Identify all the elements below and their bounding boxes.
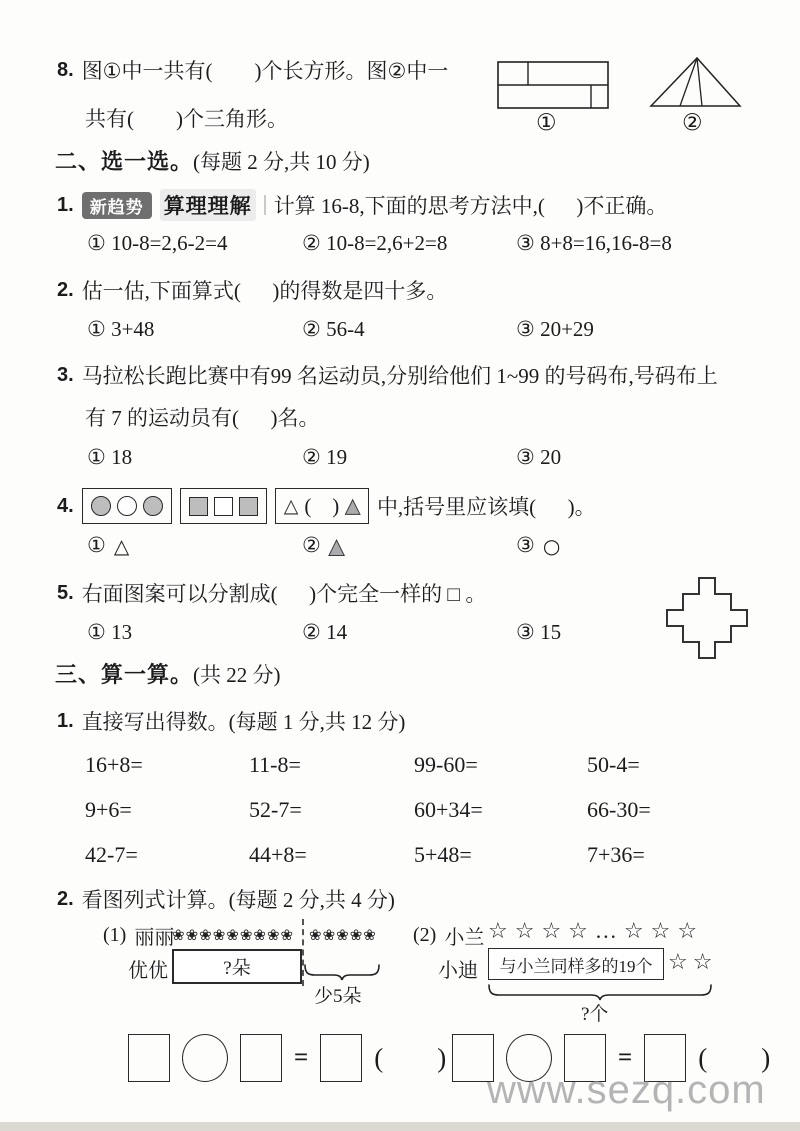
calc-expression: 11-8= bbox=[249, 752, 414, 797]
choose-q2-number: 2. bbox=[57, 279, 74, 302]
choose-q5-text: 右面图案可以分割成( )个完全一样的 □ 。 bbox=[82, 578, 487, 608]
choose-q4-option-1: ① △ bbox=[87, 533, 129, 558]
equation-template-left: = ( ) bbox=[128, 1034, 446, 1082]
unit-bracket: ( ) bbox=[374, 1043, 446, 1074]
white-square-shape bbox=[214, 497, 233, 516]
choose-q3-option-1: ① 18 bbox=[87, 445, 132, 470]
same-as-xiaolan-box: 与小兰同样多的19个 bbox=[488, 948, 664, 980]
section-choose-title: 二、选一选。 bbox=[55, 149, 193, 174]
option-prefix: ① bbox=[87, 533, 106, 558]
sub1-top-row: (1) 丽丽 bbox=[103, 921, 174, 950]
white-circle-shape bbox=[117, 496, 137, 516]
calc-expression: 7+36= bbox=[587, 842, 745, 887]
choose-q1-option-3: ③ 8+8=16,16-8=8 bbox=[516, 231, 672, 256]
option-prefix: ③ bbox=[516, 533, 535, 558]
choose-q1-option-1: ① 10-8=2,6-2=4 bbox=[87, 231, 228, 256]
figure1-rectangle-diagram bbox=[497, 61, 609, 109]
calc-q2-line: 2. 看图列式计算。(每题 2 分,共 4 分) bbox=[57, 884, 395, 914]
calc-expression: 99-60= bbox=[414, 752, 587, 797]
calc-q1-line: 1. 直接写出得数。(每题 1 分,共 12 分) bbox=[57, 706, 405, 736]
choose-q1-line: 1. 新趋势 算理理解 计算 16-8,下面的思考方法中,( )不正确。 bbox=[57, 189, 667, 221]
choose-q1-number: 1. bbox=[57, 194, 74, 217]
white-triangle-shape: △ bbox=[284, 495, 299, 517]
choose-q2-text: 估一估,下面算式( )的得数是四十多。 bbox=[82, 275, 448, 305]
topic-tag: 算理理解 bbox=[160, 189, 256, 221]
calc-expression: 66-30= bbox=[587, 797, 745, 842]
choose-q3-line1: 3. 马拉松长跑比赛中有99 名运动员,分别给他们 1~99 的号码布,号码布上 bbox=[57, 360, 718, 390]
choose-q1-text: 计算 16-8,下面的思考方法中,( )不正确。 bbox=[274, 190, 668, 220]
white-circle-option: ○ bbox=[543, 534, 560, 558]
tag-divider bbox=[264, 195, 266, 215]
operator-circle-box bbox=[182, 1034, 228, 1082]
choose-q4-option-2: ② ▲ bbox=[302, 533, 344, 558]
gray-circle-shape bbox=[91, 496, 111, 516]
pattern-box-circles bbox=[82, 488, 172, 524]
choose-q5-number: 5. bbox=[57, 582, 74, 605]
gray-circle-shape bbox=[143, 496, 163, 516]
choose-q5-option-3: ③ 15 bbox=[516, 620, 561, 645]
choose-q5-option-1: ① 13 bbox=[87, 620, 132, 645]
stars-extra: ☆☆ bbox=[668, 949, 717, 975]
flowers-left-group: ❀❀❀❀❀❀❀❀❀ bbox=[172, 926, 294, 945]
choose-q2-option-1: ① 3+48 bbox=[87, 317, 154, 342]
calc-expression: 42-7= bbox=[85, 842, 249, 887]
underbrace-small-icon bbox=[304, 963, 380, 982]
sub2-top-row: (2) 小兰 bbox=[413, 921, 484, 950]
question-8-number: 8. bbox=[57, 59, 74, 82]
figure2-triangle-diagram bbox=[648, 55, 743, 109]
calc-expression: 52-7= bbox=[249, 797, 414, 842]
sub2-label: (2) bbox=[413, 924, 436, 947]
choose-q2-option-2: ② 56-4 bbox=[302, 317, 365, 342]
calc-q2-number: 2. bbox=[57, 888, 74, 911]
site-watermark: www.sezq.com bbox=[487, 1068, 766, 1113]
gray-square-shape bbox=[189, 497, 208, 516]
figure2-label: ② bbox=[682, 110, 703, 136]
option-prefix: ② bbox=[302, 533, 321, 558]
page-bottom-strip bbox=[0, 1122, 800, 1131]
brace1-label: 少5朵 bbox=[314, 981, 362, 1008]
pattern-box-triangles: △ ( ) ▲ bbox=[275, 488, 369, 524]
calc-expression: 5+48= bbox=[414, 842, 587, 887]
flowers-right-group: ❀❀❀❀❀ bbox=[309, 926, 377, 945]
choose-q5-option-2: ② 14 bbox=[302, 620, 347, 645]
stars-top-row: ☆☆☆☆…☆☆☆ bbox=[488, 918, 704, 944]
sub1-label: (1) bbox=[103, 924, 126, 947]
gray-square-shape bbox=[239, 497, 258, 516]
worksheet-page: 8. 图①中一共有( )个长方形。图②中一 共有( )个三角形。 ① ② 二、选… bbox=[0, 0, 800, 1131]
choose-q4-option-3: ③ ○ bbox=[516, 533, 560, 558]
section-choose-score: (每题 2 分,共 10 分) bbox=[193, 150, 370, 174]
choose-q3-text1: 马拉松长跑比赛中有99 名运动员,分别给他们 1~99 的号码布,号码布上 bbox=[82, 360, 718, 390]
choose-q3-number: 3. bbox=[57, 364, 74, 387]
calc-expression: 16+8= bbox=[85, 752, 249, 797]
gray-triangle-option: ▲ bbox=[329, 534, 344, 558]
sub1-name-bottom: 优优 bbox=[128, 954, 168, 983]
sub2-name-bottom: 小迪 bbox=[438, 954, 478, 983]
choose-q5-line: 5. 右面图案可以分割成( )个完全一样的 □ 。 bbox=[57, 578, 486, 608]
choose-q4-line: 4. △ ( ) ▲ 中,括号里应该填( )。 bbox=[57, 488, 596, 524]
section-choose-header: 二、选一选。(每题 2 分,共 10 分) bbox=[55, 145, 370, 176]
choose-q3-option-2: ② 19 bbox=[302, 445, 347, 470]
white-triangle-option: △ bbox=[114, 534, 129, 558]
stepped-cross-figure bbox=[666, 577, 748, 663]
calc-q1-number: 1. bbox=[57, 710, 74, 733]
pattern-box-squares bbox=[180, 488, 267, 524]
choose-q4-number: 4. bbox=[57, 495, 74, 518]
section-calc-header: 三、算一算。(共 22 分) bbox=[55, 658, 281, 689]
unknown-flowers-box: ?朵 bbox=[172, 949, 302, 984]
choose-q1-option-2: ② 10-8=2,6+2=8 bbox=[302, 231, 447, 256]
choose-q2-option-3: ③ 20+29 bbox=[516, 317, 594, 342]
calc-expression: 9+6= bbox=[85, 797, 249, 842]
calc-expression: 44+8= bbox=[249, 842, 414, 887]
answer-square-box bbox=[240, 1034, 282, 1082]
calc-expressions-grid: 16+8= 11-8= 99-60= 50-4= 9+6= 52-7= 60+3… bbox=[85, 752, 745, 887]
answer-square-box bbox=[128, 1034, 170, 1082]
sub1-name-top: 丽丽 bbox=[134, 921, 174, 950]
calc-q1-title: 直接写出得数。(每题 1 分,共 12 分) bbox=[82, 706, 406, 736]
section-calc-title: 三、算一算。 bbox=[55, 662, 193, 687]
section-calc-score: (共 22 分) bbox=[193, 663, 281, 687]
equals-sign: = bbox=[294, 1044, 308, 1072]
calc-q2-title: 看图列式计算。(每题 2 分,共 4 分) bbox=[82, 884, 395, 914]
calc-expression: 50-4= bbox=[587, 752, 745, 797]
gray-triangle-shape: ▲ bbox=[345, 495, 360, 517]
calc-expression: 60+34= bbox=[414, 797, 587, 842]
sub2-name-top: 小兰 bbox=[444, 921, 484, 950]
brace2-label: ?个 bbox=[581, 999, 608, 1026]
question-8-line1: 8. 图①中一共有( )个长方形。图②中一 bbox=[57, 55, 448, 85]
new-trend-badge: 新趋势 bbox=[82, 192, 152, 219]
pattern-bracket: ( ) bbox=[304, 494, 339, 519]
question-8-line2: 共有( )个三角形。 bbox=[85, 103, 288, 133]
choose-q2-line: 2. 估一估,下面算式( )的得数是四十多。 bbox=[57, 275, 447, 305]
answer-square-box bbox=[320, 1034, 362, 1082]
choose-q4-text: 中,括号里应该填( )。 bbox=[377, 491, 596, 521]
choose-q3-line2: 有 7 的运动员有( )名。 bbox=[85, 402, 320, 432]
choose-q3-option-3: ③ 20 bbox=[516, 445, 561, 470]
figure1-label: ① bbox=[536, 110, 557, 136]
question-8-text1: 图①中一共有( )个长方形。图②中一 bbox=[82, 55, 449, 85]
